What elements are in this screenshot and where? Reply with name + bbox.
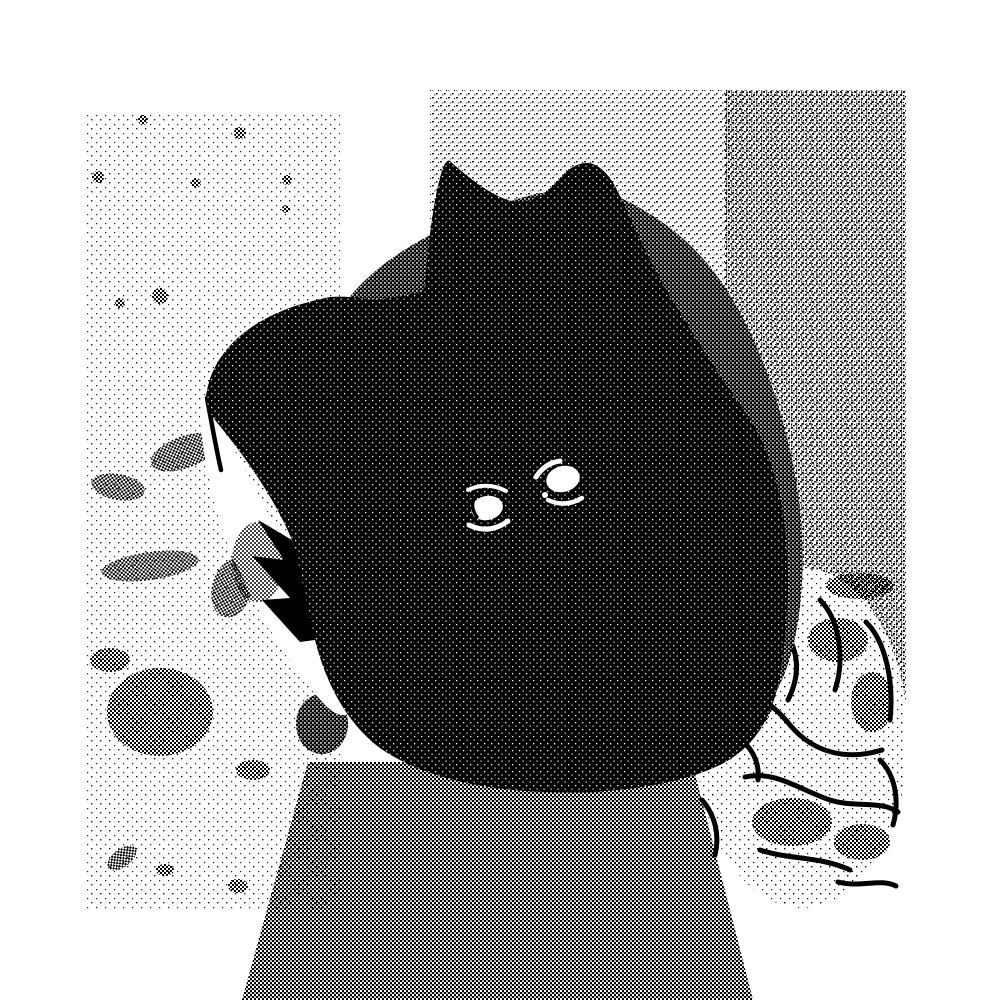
speck-cluster: [138, 115, 148, 125]
photo-area: [85, 90, 908, 1000]
soft-blob: [228, 879, 248, 893]
fabric-patch: [834, 824, 890, 860]
cat-photo-svg: Dithered photograph of a black kitten A …: [0, 0, 1000, 1000]
speck-cluster: [115, 298, 125, 308]
soft-blob: [156, 864, 174, 876]
speck-cluster: [191, 178, 201, 188]
soft-blob: [236, 760, 270, 780]
speck-cluster: [152, 288, 168, 304]
speck-cluster: [282, 175, 292, 185]
fabric-patch: [826, 573, 894, 599]
cat-body-stripe-artifact: [242, 762, 753, 1000]
speck-cluster: [282, 205, 290, 213]
speck-cluster: [234, 127, 246, 139]
fold-vein: [838, 882, 896, 886]
fabric-patch: [851, 672, 893, 732]
soft-blob: [107, 668, 213, 756]
fabric-patch: [752, 798, 832, 846]
speck-cluster: [92, 171, 104, 183]
soft-blob: [90, 648, 130, 672]
dithered-cat-photo: Dithered photograph of a black kitten A …: [0, 0, 1000, 1000]
right-eye-glint: [542, 492, 548, 498]
